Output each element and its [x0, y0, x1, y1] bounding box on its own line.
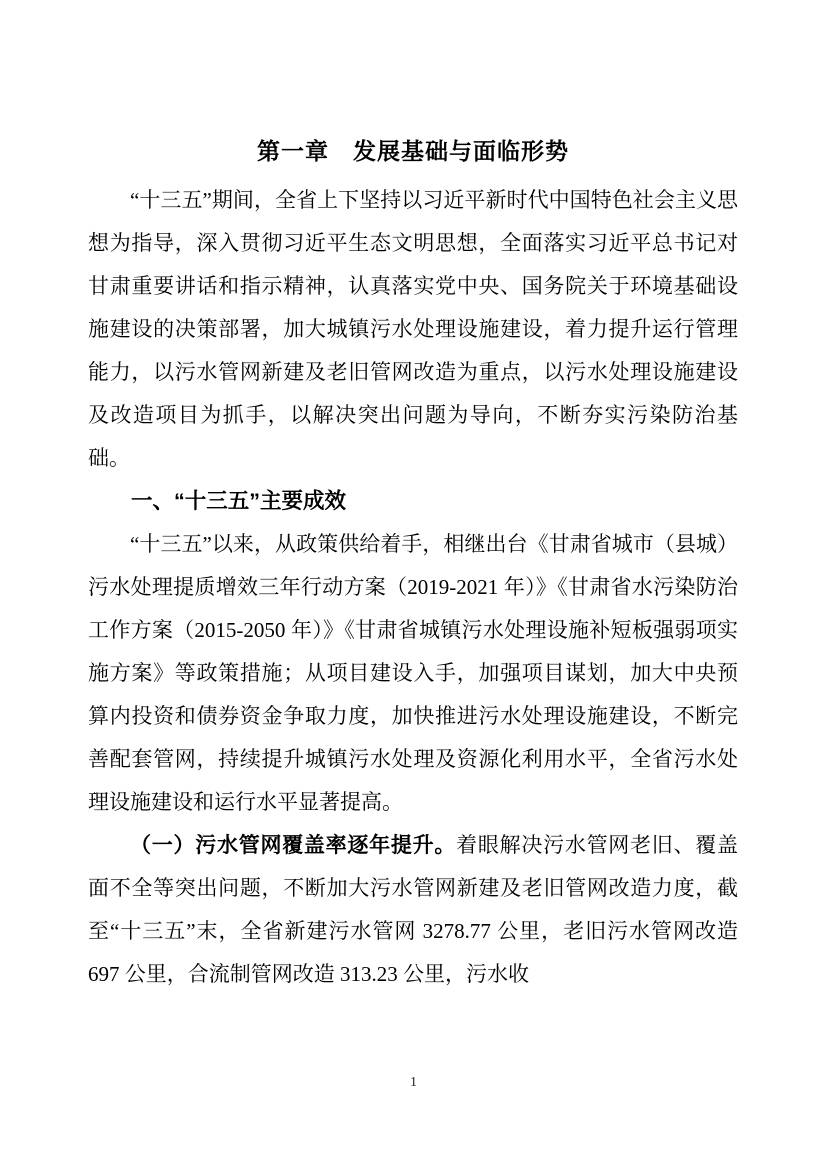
chapter-title: 第一章 发展基础与面临形势: [88, 130, 738, 173]
page-number: 1: [0, 1074, 827, 1092]
document-page: 第一章 发展基础与面临形势 “十三五”期间，全省上下坚持以习近平新时代中国特色社…: [0, 0, 827, 1169]
section-heading-1: 一、“十三五”主要成效: [88, 480, 738, 523]
paragraph-2: “十三五”以来，从政策供给着手，相继出台《甘肃省城市（县城）污水处理提质增效三年…: [88, 523, 738, 824]
page-content: 第一章 发展基础与面临形势 “十三五”期间，全省上下坚持以习近平新时代中国特色社…: [88, 130, 738, 996]
paragraph-3: （一）污水管网覆盖率逐年提升。着眼解决污水管网老旧、覆盖面不全等突出问题，不断加…: [88, 824, 738, 996]
subsection-1-lead: （一）污水管网覆盖率逐年提升。: [130, 833, 456, 857]
paragraph-1: “十三五”期间，全省上下坚持以习近平新时代中国特色社会主义思想为指导，深入贯彻习…: [88, 179, 738, 480]
